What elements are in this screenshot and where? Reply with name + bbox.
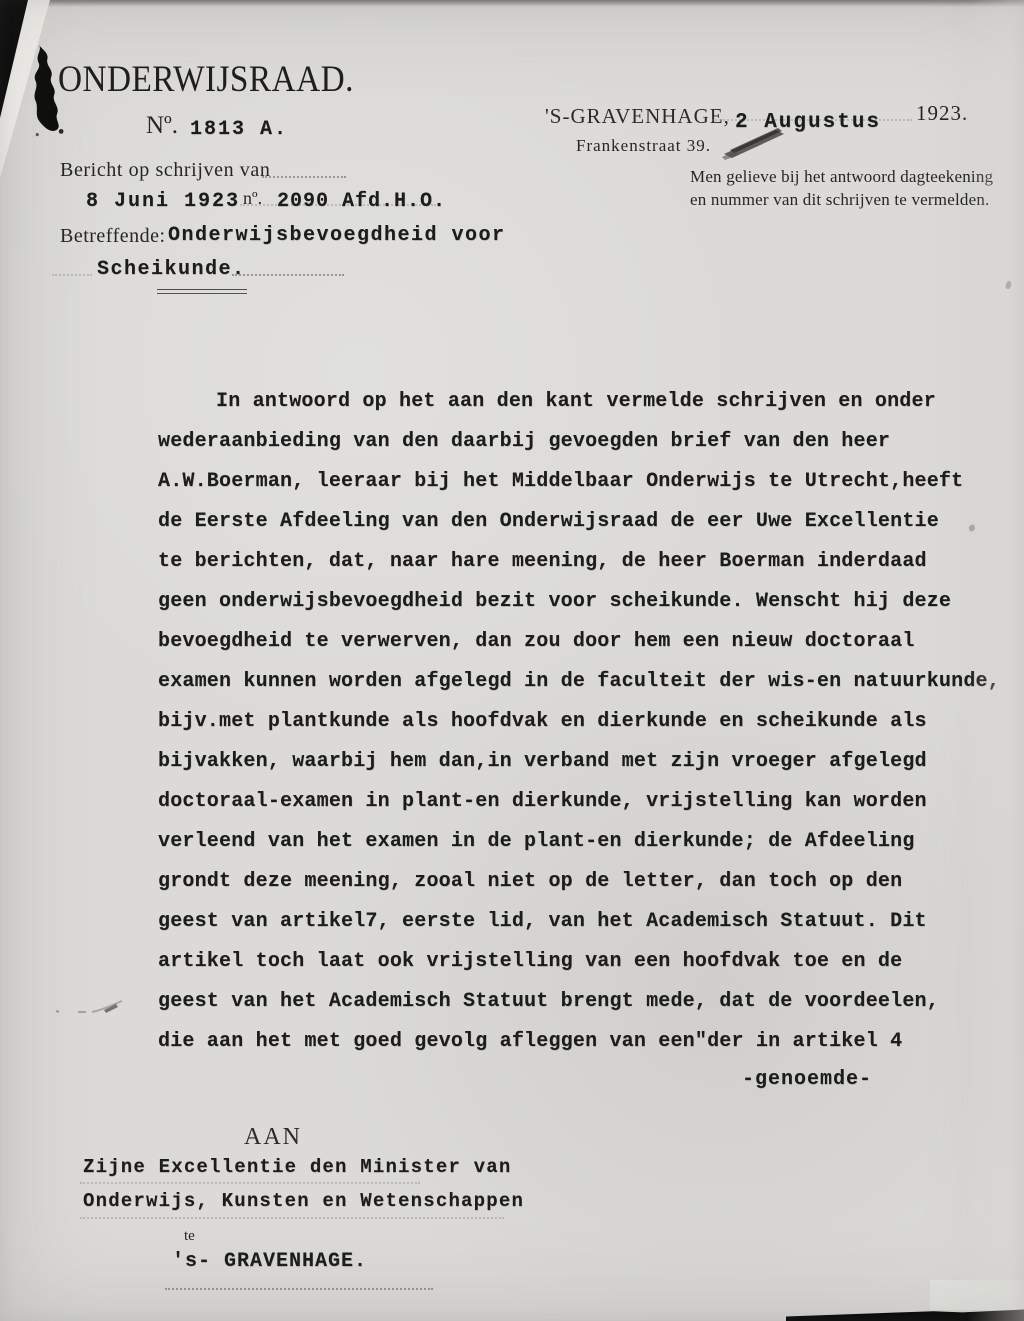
aan-label: AAN <box>244 1124 302 1151</box>
scan-top-edge-shadow <box>0 0 1024 7</box>
note-line-1: Men gelieve bij het antwoord dagteekenin… <box>690 167 993 187</box>
ruling-dotted-line <box>165 1288 433 1290</box>
body-line: In antwoord op het aan den kant vermelde… <box>158 390 1004 430</box>
body-line: die aan het met goed gevolg afleggen van… <box>158 1030 1004 1070</box>
ruling-dotted-line <box>80 1217 504 1219</box>
body-line: bijv.met plantkunde als hoofdvak en dier… <box>158 710 1004 750</box>
org-title: ONDERWIJSRAAD. <box>58 58 354 101</box>
incoming-reference: 2090 Afd.H.O. <box>277 190 446 213</box>
small-number-label: nº. <box>243 188 262 209</box>
addressee-line-2: Onderwijs, Kunsten en Wetenschappen <box>83 1190 524 1212</box>
body-line: A.W.Boerman, leeraar bij het Middelbaar … <box>158 470 1004 510</box>
body-line: geest van het Academisch Statuut brengt … <box>158 990 1004 1030</box>
dateline-city: 'S-GRAVENHAGE, <box>545 104 730 129</box>
te-label: te <box>184 1228 195 1245</box>
note-line-2: en nummer van dit schrijven te vermelden… <box>690 190 989 210</box>
paper-right-edge-light <box>968 0 1024 1321</box>
subject-line-2: Scheikunde. <box>97 258 246 281</box>
bericht-label: Bericht op schrijven van <box>60 159 270 182</box>
street-address: Frankenstraat 39. <box>576 136 711 156</box>
body-line: wederaanbieding van den daarbij gevoegde… <box>158 430 1004 470</box>
catchword: -genoemde- <box>742 1068 872 1091</box>
body-line: doctoraal-examen in plant-en dierkunde, … <box>158 790 1004 830</box>
pencil-smudge <box>722 122 794 160</box>
body-line: te berichten, dat, naar hare meening, de… <box>158 550 1004 590</box>
body-line: grondt deze meening, zooal niet op de le… <box>158 870 1004 910</box>
dateline-year: 1923. <box>916 101 968 126</box>
body-line: examen kunnen worden afgelegd in de facu… <box>158 670 1004 710</box>
ruling-dotted-line <box>262 176 346 178</box>
letter-number: 1813 A. <box>190 118 288 141</box>
letter-body: In antwoord op het aan den kant vermelde… <box>158 390 1004 1070</box>
ruling-dotted-line <box>52 274 92 276</box>
pencil-check-mark <box>50 996 134 1018</box>
body-line: geest van artikel7, eerste lid, van het … <box>158 910 1004 950</box>
scanned-letter-page: ONDERWIJSRAAD. Nº. 1813 A. Bericht op sc… <box>0 0 1024 1321</box>
body-line: verleend van het examen in de plant-en d… <box>158 830 1004 870</box>
subject-line-1: Onderwijsbevoegdheid voor <box>168 224 506 247</box>
body-line: artikel toch laat ook vrijstelling van e… <box>158 950 1004 990</box>
body-line: bevoegdheid te verwerven, dan zou door h… <box>158 630 1004 670</box>
footer-city: 's- GRAVENHAGE. <box>172 1250 367 1273</box>
ruling-dotted-line <box>232 274 344 276</box>
betreffende-label: Betreffende: <box>60 225 166 248</box>
body-line: de Eerste Afdeeling van den Onderwijsraa… <box>158 510 1004 550</box>
body-line: geen onderwijsbevoegdheid bezit voor sch… <box>158 590 1004 630</box>
number-label: Nº. <box>146 112 178 140</box>
ruling-dotted-line <box>80 1182 420 1184</box>
incoming-date: 8 Juni 1923 <box>86 190 240 213</box>
addressee-line-1: Zijne Excellentie den Minister van <box>83 1156 511 1178</box>
body-line: bijvakken, waarbij hem dan,in verband me… <box>158 750 1004 790</box>
double-underline-rule <box>157 289 247 294</box>
